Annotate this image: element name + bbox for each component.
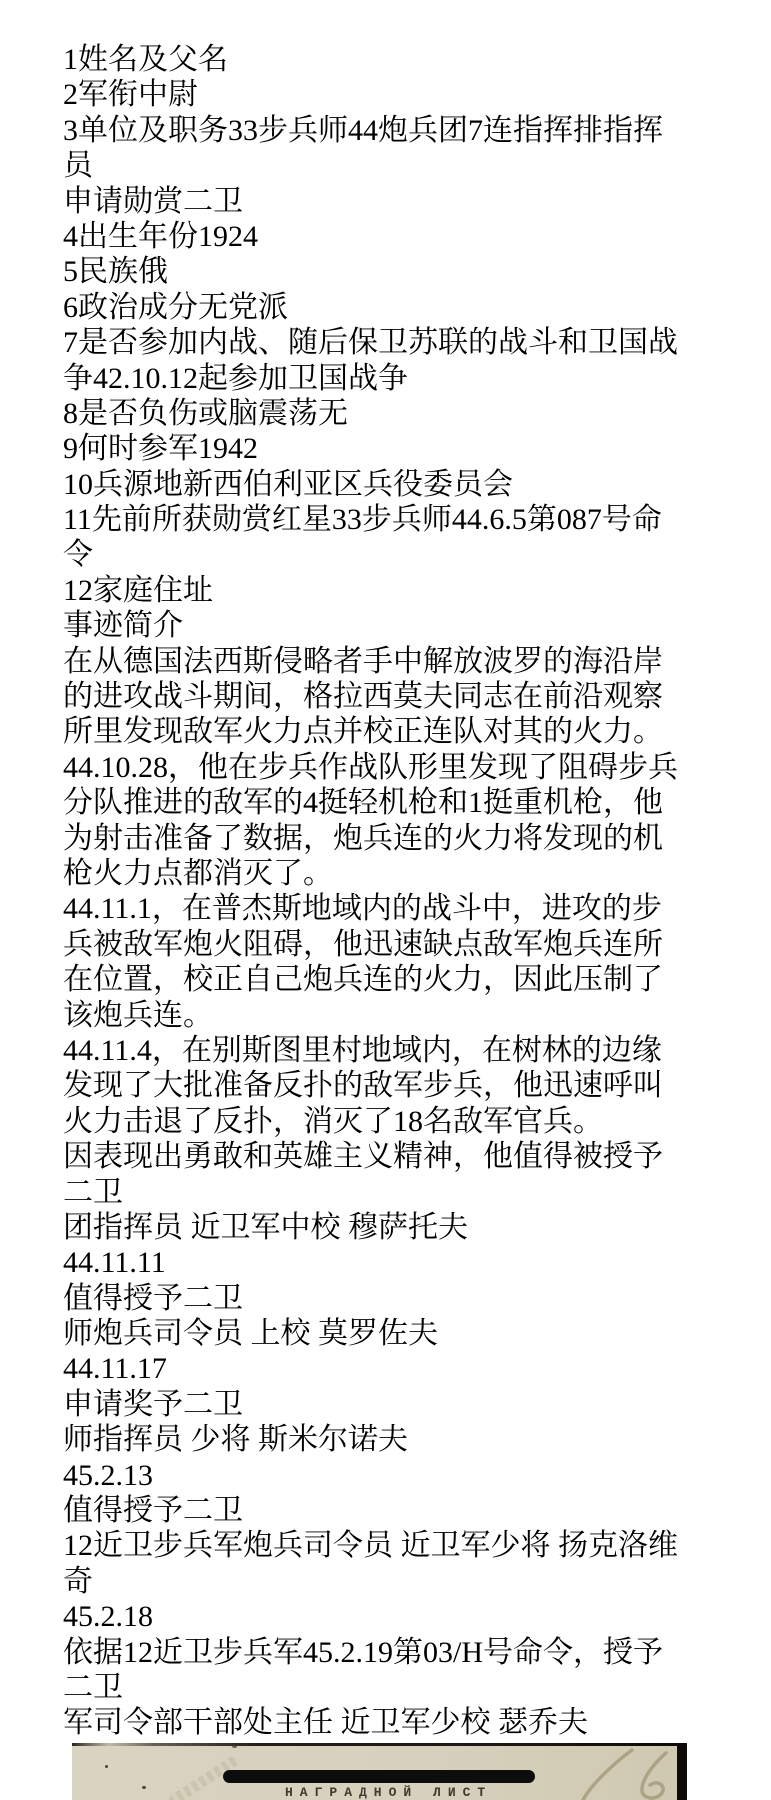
doc-line: 师炮兵司令员 上校 莫罗佐夫 bbox=[63, 1316, 771, 1351]
doc-line: 二卫 bbox=[63, 1670, 771, 1705]
doc-line: 军司令部干部处主任 近卫军少校 瑟乔夫 bbox=[63, 1705, 771, 1740]
doc-line: 44.11.4，在别斯图里村地域内，在树林的边缘 bbox=[63, 1033, 771, 1068]
doc-line: 分队推进的敌军的4挺轻机枪和1挺重机枪，他 bbox=[63, 785, 771, 820]
doc-line: 团指挥员 近卫军中校 穆萨托夫 bbox=[63, 1210, 771, 1245]
doc-line: 45.2.13 bbox=[63, 1458, 771, 1493]
doc-line: 该炮兵连。 bbox=[63, 998, 771, 1033]
doc-line: 争42.10.12起参加卫国战争 bbox=[63, 361, 771, 396]
doc-line: 员 bbox=[63, 148, 771, 183]
doc-line: 发现了大批准备反扑的敌军步兵，他迅速呼叫 bbox=[63, 1068, 771, 1103]
doc-line: 12家庭住址 bbox=[63, 573, 771, 608]
doc-line: 事迹简介 bbox=[63, 608, 771, 643]
doc-line: 2军衔中尉 bbox=[63, 77, 771, 112]
doc-line: 12近卫步兵军炮兵司令员 近卫军少将 扬克洛维 bbox=[63, 1528, 771, 1563]
award-sheet-scan: НАГРАДНОЙ ЛИСТ bbox=[72, 1743, 687, 1800]
doc-line: 7是否参加内战、随后保卫苏联的战斗和卫国战 bbox=[63, 325, 771, 360]
doc-line: 44.11.11 bbox=[63, 1245, 771, 1280]
doc-line: 的进攻战斗期间，格拉西莫夫同志在前沿观察 bbox=[63, 679, 771, 714]
doc-line: 5民族俄 bbox=[63, 254, 771, 289]
pencil-handwriting bbox=[72, 1743, 687, 1800]
doc-line: 45.2.18 bbox=[63, 1599, 771, 1634]
doc-line: 申请勋赏二卫 bbox=[63, 184, 771, 219]
doc-line: 在位置，校正自己炮兵连的火力，因此压制了 bbox=[63, 962, 771, 997]
translation-text: 1姓名及父名 2军衔中尉 3单位及职务33步兵师44炮兵团7连指挥排指挥 员 申… bbox=[63, 42, 771, 1741]
doc-line: 师指挥员 少将 斯米尔诺夫 bbox=[63, 1422, 771, 1457]
doc-line: 兵被敌军炮火阻碍，他迅速缺点敌军炮兵连所 bbox=[63, 927, 771, 962]
doc-line: 依据12近卫步兵军45.2.19第03/H号命令，授予 bbox=[63, 1635, 771, 1670]
doc-line: 11先前所获勋赏红星33步兵师44.6.5第087号命 bbox=[63, 502, 771, 537]
doc-line: 令 bbox=[63, 537, 771, 572]
doc-line: 6政治成分无党派 bbox=[63, 290, 771, 325]
doc-line: 值得授予二卫 bbox=[63, 1493, 771, 1528]
doc-line: 3单位及职务33步兵师44炮兵团7连指挥排指挥 bbox=[63, 113, 771, 148]
doc-line: 因表现出勇敢和英雄主义精神，他值得被授予 bbox=[63, 1139, 771, 1174]
doc-line: 44.11.1，在普杰斯地域内的战斗中，进攻的步 bbox=[63, 891, 771, 926]
doc-line: 火力击退了反扑，消灭了18名敌军官兵。 bbox=[63, 1104, 771, 1139]
doc-line: 奇 bbox=[63, 1564, 771, 1599]
doc-line: 10兵源地新西伯利亚区兵役委员会 bbox=[63, 467, 771, 502]
doc-line: 4出生年份1924 bbox=[63, 219, 771, 254]
doc-line: 44.10.28，他在步兵作战队形里发现了阻碍步兵 bbox=[63, 750, 771, 785]
doc-line: 在从德国法西斯侵略者手中解放波罗的海沿岸 bbox=[63, 644, 771, 679]
doc-line: 所里发现敌军火力点并校正连队对其的火力。 bbox=[63, 714, 771, 749]
doc-line: 1姓名及父名 bbox=[63, 42, 771, 77]
doc-line: 9何时参军1942 bbox=[63, 431, 771, 466]
doc-line: 44.11.17 bbox=[63, 1351, 771, 1386]
doc-line: 枪火力点都消灭了。 bbox=[63, 856, 771, 891]
doc-line: 值得授予二卫 bbox=[63, 1281, 771, 1316]
doc-line: 二卫 bbox=[63, 1175, 771, 1210]
doc-line: 申请奖予二卫 bbox=[63, 1387, 771, 1422]
doc-line: 8是否负伤或脑震荡无 bbox=[63, 396, 771, 431]
doc-line: 为射击准备了数据，炮兵连的火力将发现的机 bbox=[63, 821, 771, 856]
